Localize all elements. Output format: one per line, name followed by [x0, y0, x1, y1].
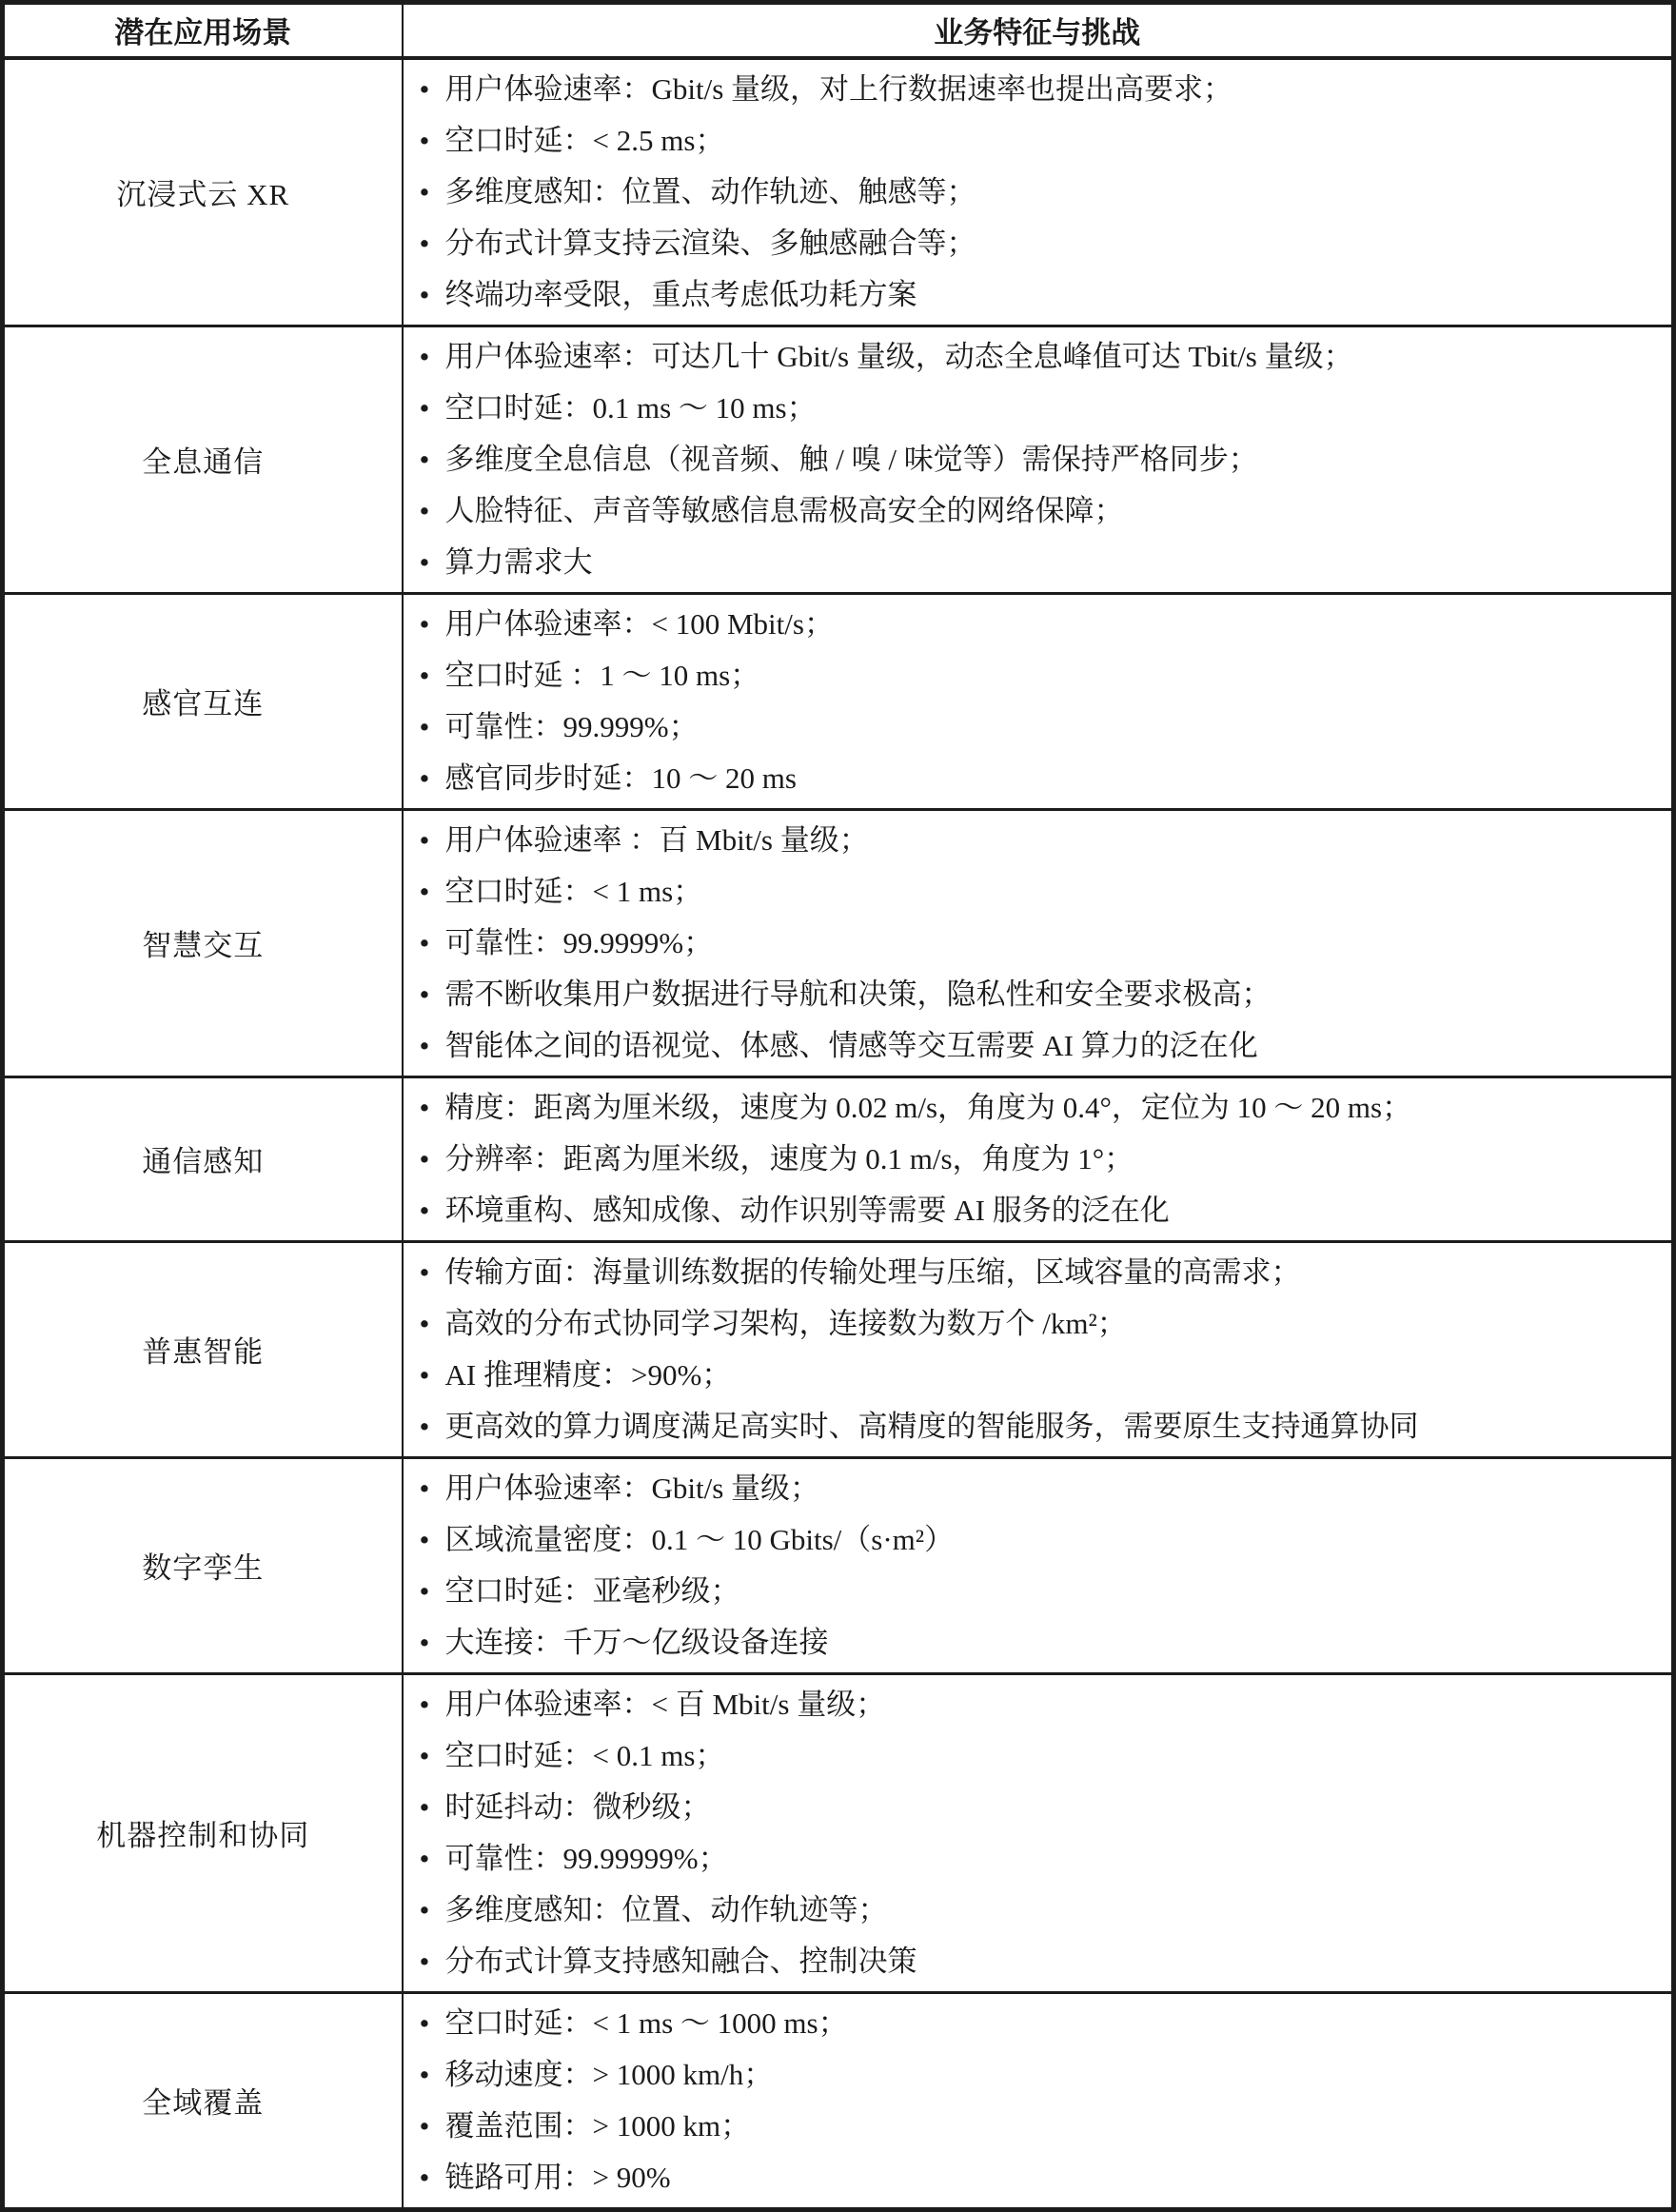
scenario-table: 潜在应用场景 业务特征与挑战 沉浸式云 XR 用户体验速率：Gbit/s 量级，… — [0, 0, 1676, 2212]
bullet-item: 分布式计算支持感知融合、控制决策 — [417, 1936, 1663, 1987]
features-cell: 用户体验速率：< 百 Mbit/s 量级；空口时延：< 0.1 ms；时延抖动：… — [403, 1673, 1674, 1992]
bullet-item: 分布式计算支持云渲染、多触感融合等； — [417, 218, 1663, 269]
bullet-item: 用户体验速率 ：百 Mbit/s 量级； — [417, 815, 1663, 866]
features-cell: 用户体验速率：Gbit/s 量级，对上行数据速率也提出高要求；空口时延：< 2.… — [403, 58, 1674, 326]
bullet-item: 传输方面：海量训练数据的传输处理与压缩，区域容量的高需求； — [417, 1247, 1663, 1298]
bullet-item: 大连接：千万～亿级设备连接 — [417, 1617, 1663, 1669]
bullet-item: 用户体验速率：Gbit/s 量级； — [417, 1463, 1663, 1514]
bullet-item: 多维度感知：位置、动作轨迹、触感等； — [417, 167, 1663, 218]
table-row: 沉浸式云 XR 用户体验速率：Gbit/s 量级，对上行数据速率也提出高要求；空… — [3, 58, 1674, 326]
column-header-features: 业务特征与挑战 — [403, 3, 1674, 58]
bullet-item: 智能体之间的语视觉、体感、情感等交互需要 AI 算力的泛在化 — [417, 1020, 1663, 1072]
bullet-item: 区域流量密度：0.1 ～ 10 Gbits/（s·m²） — [417, 1514, 1663, 1566]
bullet-item: 人脸特征、声音等敏感信息需极高安全的网络保障； — [417, 485, 1663, 537]
bullet-item: 感官同步时延：10 ～ 20 ms — [417, 753, 1663, 804]
table-row: 全域覆盖 空口时延：< 1 ms ～ 1000 ms；移动速度：> 1000 k… — [3, 1992, 1674, 2209]
table-row: 数字孪生 用户体验速率：Gbit/s 量级；区域流量密度：0.1 ～ 10 Gb… — [3, 1457, 1674, 1673]
bullet-list: 用户体验速率：< 百 Mbit/s 量级；空口时延：< 0.1 ms；时延抖动：… — [417, 1679, 1663, 1987]
features-cell: 用户体验速率：可达几十 Gbit/s 量级，动态全息峰值可达 Tbit/s 量级… — [403, 326, 1674, 593]
bullet-item: 更高效的算力调度满足高实时、高精度的智能服务，需要原生支持通算协同 — [417, 1401, 1663, 1452]
table-row: 智慧交互 用户体验速率 ：百 Mbit/s 量级；空口时延：< 1 ms；可靠性… — [3, 809, 1674, 1076]
bullet-item: 空口时延：< 2.5 ms； — [417, 115, 1663, 167]
table-row: 全息通信 用户体验速率：可达几十 Gbit/s 量级，动态全息峰值可达 Tbit… — [3, 326, 1674, 593]
table-body: 沉浸式云 XR 用户体验速率：Gbit/s 量级，对上行数据速率也提出高要求；空… — [3, 58, 1674, 2210]
features-cell: 传输方面：海量训练数据的传输处理与压缩，区域容量的高需求；高效的分布式协同学习架… — [403, 1241, 1674, 1457]
scenario-name: 全域覆盖 — [3, 1992, 403, 2209]
scenario-name: 数字孪生 — [3, 1457, 403, 1673]
bullet-item: 空口时延：0.1 ms ～ 10 ms； — [417, 383, 1663, 434]
bullet-item: 空口时延：< 0.1 ms； — [417, 1730, 1663, 1782]
bullet-item: 用户体验速率：可达几十 Gbit/s 量级，动态全息峰值可达 Tbit/s 量级… — [417, 331, 1663, 383]
bullet-list: 用户体验速率 ：百 Mbit/s 量级；空口时延：< 1 ms；可靠性：99.9… — [417, 815, 1663, 1072]
bullet-item: 终端功率受限，重点考虑低功耗方案 — [417, 269, 1663, 321]
bullet-item: 高效的分布式协同学习架构，连接数为数万个 /km²； — [417, 1298, 1663, 1350]
scenario-name: 沉浸式云 XR — [3, 58, 403, 326]
column-header-scenario: 潜在应用场景 — [3, 3, 403, 58]
scenario-name: 感官互连 — [3, 593, 403, 809]
bullet-item: 多维度感知：位置、动作轨迹等； — [417, 1885, 1663, 1936]
bullet-item: 空口时延：< 1 ms； — [417, 866, 1663, 918]
table-row: 普惠智能 传输方面：海量训练数据的传输处理与压缩，区域容量的高需求；高效的分布式… — [3, 1241, 1674, 1457]
table-header: 潜在应用场景 业务特征与挑战 — [3, 3, 1674, 58]
bullet-item: 空口时延 ：1 ～ 10 ms； — [417, 650, 1663, 701]
bullet-item: 精度：距离为厘米级，速度为 0.02 m/s，角度为 0.4°，定位为 10 ～… — [417, 1082, 1663, 1134]
bullet-item: 用户体验速率：< 100 Mbit/s； — [417, 599, 1663, 650]
bullet-list: 传输方面：海量训练数据的传输处理与压缩，区域容量的高需求；高效的分布式协同学习架… — [417, 1247, 1663, 1452]
bullet-item: 可靠性：99.999%； — [417, 701, 1663, 753]
bullet-item: 可靠性：99.9999%； — [417, 918, 1663, 969]
bullet-item: 用户体验速率：< 百 Mbit/s 量级； — [417, 1679, 1663, 1730]
table-row: 通信感知 精度：距离为厘米级，速度为 0.02 m/s，角度为 0.4°，定位为… — [3, 1076, 1674, 1241]
bullet-item: 覆盖范围：> 1000 km； — [417, 2101, 1663, 2152]
document-page: 潜在应用场景 业务特征与挑战 沉浸式云 XR 用户体验速率：Gbit/s 量级，… — [0, 0, 1676, 2158]
scenario-name: 智慧交互 — [3, 809, 403, 1076]
bullet-item: 链路可用：> 90% — [417, 2152, 1663, 2203]
bullet-item: 算力需求大 — [417, 537, 1663, 588]
bullet-item: 环境重构、感知成像、动作识别等需要 AI 服务的泛在化 — [417, 1185, 1663, 1236]
bullet-item: 需不断收集用户数据进行导航和决策，隐私性和安全要求极高； — [417, 969, 1663, 1020]
bullet-list: 空口时延：< 1 ms ～ 1000 ms；移动速度：> 1000 km/h；覆… — [417, 1998, 1663, 2203]
header-row: 潜在应用场景 业务特征与挑战 — [3, 3, 1674, 58]
bullet-list: 用户体验速率：< 100 Mbit/s；空口时延 ：1 ～ 10 ms；可靠性：… — [417, 599, 1663, 804]
bullet-item: 可靠性：99.99999%； — [417, 1833, 1663, 1885]
features-cell: 用户体验速率：< 100 Mbit/s；空口时延 ：1 ～ 10 ms；可靠性：… — [403, 593, 1674, 809]
bullet-item: 空口时延：< 1 ms ～ 1000 ms； — [417, 1998, 1663, 2049]
bullet-list: 精度：距离为厘米级，速度为 0.02 m/s，角度为 0.4°，定位为 10 ～… — [417, 1082, 1663, 1236]
bullet-list: 用户体验速率：Gbit/s 量级，对上行数据速率也提出高要求；空口时延：< 2.… — [417, 64, 1663, 321]
bullet-item: 分辨率：距离为厘米级，速度为 0.1 m/s，角度为 1°； — [417, 1134, 1663, 1185]
scenario-name: 普惠智能 — [3, 1241, 403, 1457]
bullet-list: 用户体验速率：可达几十 Gbit/s 量级，动态全息峰值可达 Tbit/s 量级… — [417, 331, 1663, 588]
bullet-item: AI 推理精度：>90%； — [417, 1350, 1663, 1401]
scenario-name: 机器控制和协同 — [3, 1673, 403, 1992]
scenario-name: 通信感知 — [3, 1076, 403, 1241]
table-row: 感官互连 用户体验速率：< 100 Mbit/s；空口时延 ：1 ～ 10 ms… — [3, 593, 1674, 809]
bullet-item: 移动速度：> 1000 km/h； — [417, 2049, 1663, 2101]
bullet-item: 多维度全息信息（视音频、触 / 嗅 / 味觉等）需保持严格同步； — [417, 434, 1663, 485]
scenario-name: 全息通信 — [3, 326, 403, 593]
bullet-item: 空口时延：亚毫秒级； — [417, 1566, 1663, 1617]
table-row: 机器控制和协同 用户体验速率：< 百 Mbit/s 量级；空口时延：< 0.1 … — [3, 1673, 1674, 1992]
bullet-list: 用户体验速率：Gbit/s 量级；区域流量密度：0.1 ～ 10 Gbits/（… — [417, 1463, 1663, 1669]
features-cell: 精度：距离为厘米级，速度为 0.02 m/s，角度为 0.4°，定位为 10 ～… — [403, 1076, 1674, 1241]
bullet-item: 时延抖动：微秒级； — [417, 1782, 1663, 1833]
bullet-item: 用户体验速率：Gbit/s 量级，对上行数据速率也提出高要求； — [417, 64, 1663, 115]
features-cell: 空口时延：< 1 ms ～ 1000 ms；移动速度：> 1000 km/h；覆… — [403, 1992, 1674, 2209]
features-cell: 用户体验速率：Gbit/s 量级；区域流量密度：0.1 ～ 10 Gbits/（… — [403, 1457, 1674, 1673]
features-cell: 用户体验速率 ：百 Mbit/s 量级；空口时延：< 1 ms；可靠性：99.9… — [403, 809, 1674, 1076]
